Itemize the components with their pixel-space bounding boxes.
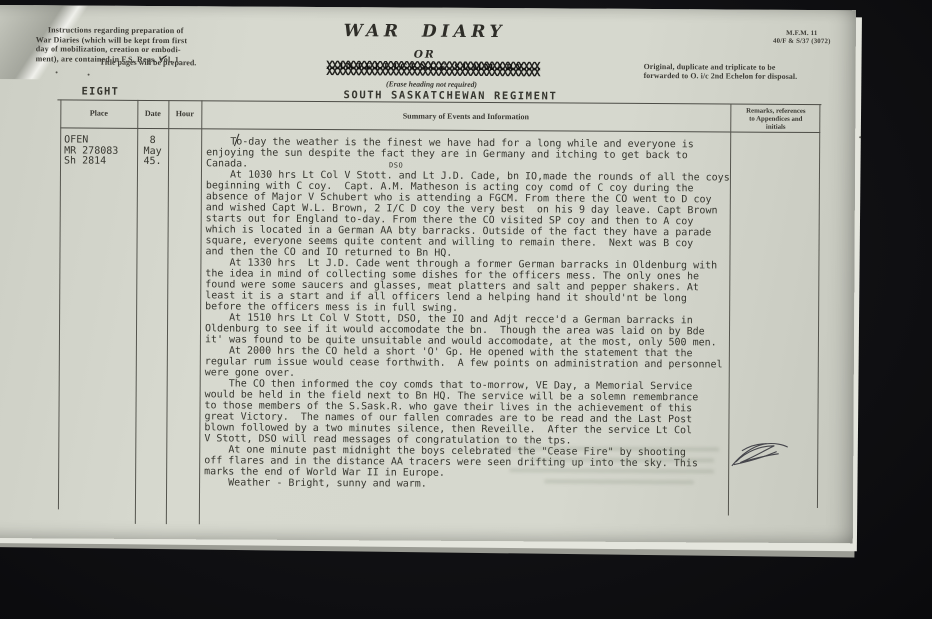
hour-summary-divider (199, 100, 203, 524)
erase-heading-note: (Erase heading not required) (331, 79, 531, 89)
column-header-summary: Summary of Events and Information (201, 110, 730, 122)
entry-place: OFEN MR 278083 Sh 2814 (64, 135, 118, 167)
column-header-hour: Hour (168, 109, 201, 118)
struck-out-heading: INTELLIGENCE SUMMARY XXXXXXXXXXXXXXXXXXX… (325, 60, 541, 77)
scan-speck (859, 136, 861, 138)
table-right-border (817, 104, 821, 508)
disposal-note: Original, duplicate and triplicate to be… (644, 62, 856, 82)
scan-speck (56, 71, 58, 73)
form-reference-number: M.F.M. 11 40/F & S/37 (3072) (750, 30, 854, 47)
table-header-rule (60, 127, 820, 133)
form-title: WAR DIARY (325, 21, 525, 42)
entry-summary-text: To-day the weather is the finest we have… (204, 136, 740, 491)
scan-speck (88, 74, 90, 76)
entry-date: 8 May 45. (137, 136, 168, 168)
table-left-border (58, 99, 62, 509)
handwritten-initials-signature (727, 432, 793, 480)
title-pages-note: Title pages will be prepared. (100, 58, 197, 68)
column-header-date: Date (137, 109, 168, 118)
page-number-word: EIGHT (81, 86, 119, 98)
strikeout-x-row: XXXXXXXXXXXXXXXXXXXXXXXXXXXXXXXXXXXXXXXX (325, 64, 541, 77)
typed-insert-dso: DSO (389, 161, 403, 169)
column-header-remarks: Remarks, references to Appendices and in… (732, 108, 819, 132)
column-header-place: Place (60, 108, 137, 117)
war-diary-page: Instructions regarding preparation of Wa… (0, 5, 856, 543)
